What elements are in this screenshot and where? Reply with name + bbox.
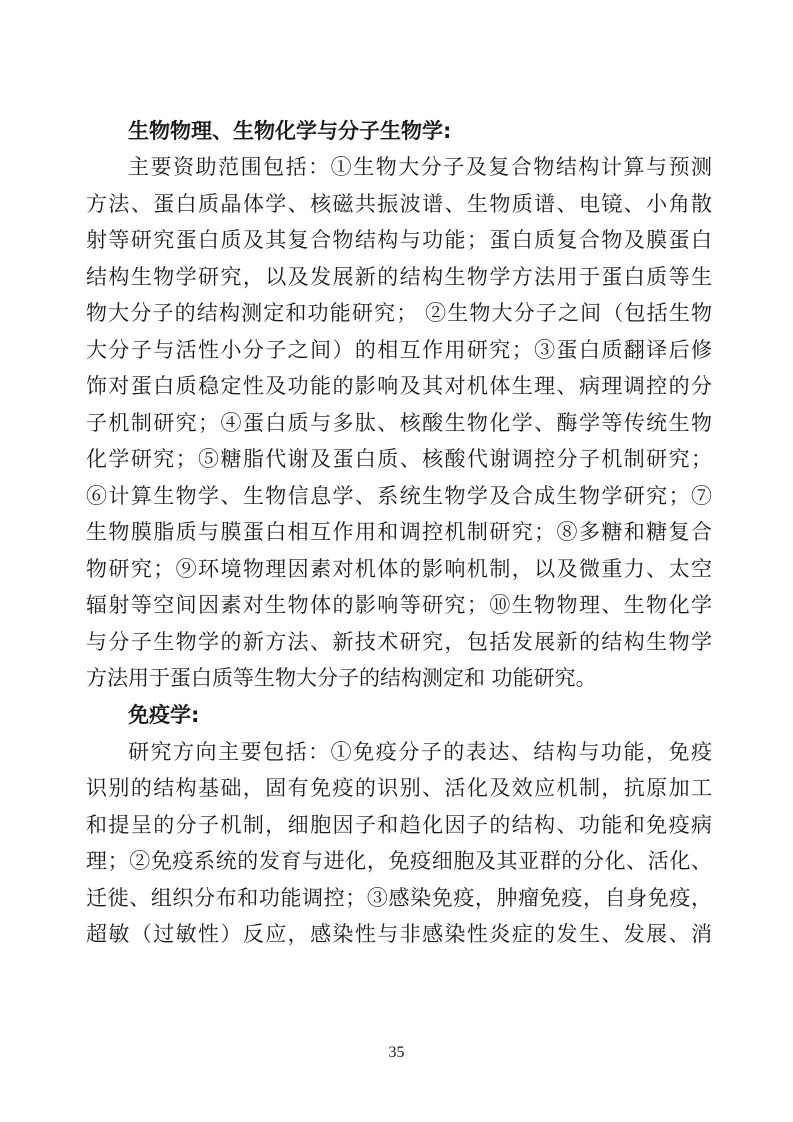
- paragraph-line: 迁徙、组织分布和功能调控；③感染免疫，肿瘤免疫，自身免疫，: [86, 883, 712, 913]
- paragraph-line: 结构生物学研究，以及发展新的结构生物学方法用于蛋白质等生: [86, 262, 712, 292]
- paragraph-line: 识别的结构基础，固有免疫的识别、活化及效应机制，抗原加工: [86, 773, 712, 803]
- section-heading-immunology: 免疫学:: [128, 700, 199, 730]
- page-number: 35: [0, 1044, 793, 1062]
- paragraph-line: 辐射等空间因素对生物体的影响等研究；⑩生物物理、生物化学: [86, 590, 712, 620]
- paragraph-line: ⑥计算生物学、生物信息学、系统生物学及合成生物学研究；⑦: [86, 481, 712, 511]
- paragraph-line: 化学研究；⑤糖脂代谢及蛋白质、核酸代谢调控分子机制研究；: [86, 444, 712, 474]
- paragraph-line: 和提呈的分子机制，细胞因子和趋化因子的结构、功能和免疫病: [86, 810, 712, 840]
- paragraph-line: 饰对蛋白质稳定性及功能的影响及其对机体生理、病理调控的分: [86, 371, 712, 401]
- paragraph-line: 子机制研究；④蛋白质与多肽、核酸生物化学、酶学等传统生物: [86, 408, 712, 438]
- paragraph-line: 主要资助范围包括：①生物大分子及复合物结构计算与预测: [128, 152, 712, 182]
- paragraph-line: 与分子生物学的新方法、新技术研究，包括发展新的结构生物学: [86, 627, 712, 657]
- paragraph-line: 超敏（过敏性）反应，感染性与非感染性炎症的发生、发展、消: [86, 919, 712, 949]
- paragraph-line: 方法用于蛋白质等生物大分子的结构测定和 功能研究。: [86, 663, 712, 693]
- paragraph-line: 射等研究蛋白质及其复合物结构与功能；蛋白质复合物及膜蛋白: [86, 225, 712, 255]
- paragraph-line: 物研究；⑨环境物理因素对机体的影响机制，以及微重力、太空: [86, 554, 712, 584]
- paragraph-line: 生物膜脂质与膜蛋白相互作用和调控机制研究；⑧多糖和糖复合: [86, 517, 712, 547]
- paragraph-line: 大分子与活性小分子之间）的相互作用研究；③蛋白质翻译后修: [86, 335, 712, 365]
- document-page: 生物物理、生物化学与分子生物学: 主要资助范围包括：①生物大分子及复合物结构计算…: [0, 0, 793, 1122]
- paragraph-line: 理；②免疫系统的发育与进化，免疫细胞及其亚群的分化、活化、: [86, 846, 712, 876]
- section-heading-biophysics: 生物物理、生物化学与分子生物学:: [128, 116, 451, 146]
- paragraph-line: 研究方向主要包括：①免疫分子的表达、结构与功能，免疫: [128, 737, 712, 767]
- paragraph-line: 方法、蛋白质晶体学、核磁共振波谱、生物质谱、电镜、小角散: [86, 189, 712, 219]
- paragraph-line: 物大分子的结构测定和功能研究； ②生物大分子之间（包括生物: [86, 298, 712, 328]
